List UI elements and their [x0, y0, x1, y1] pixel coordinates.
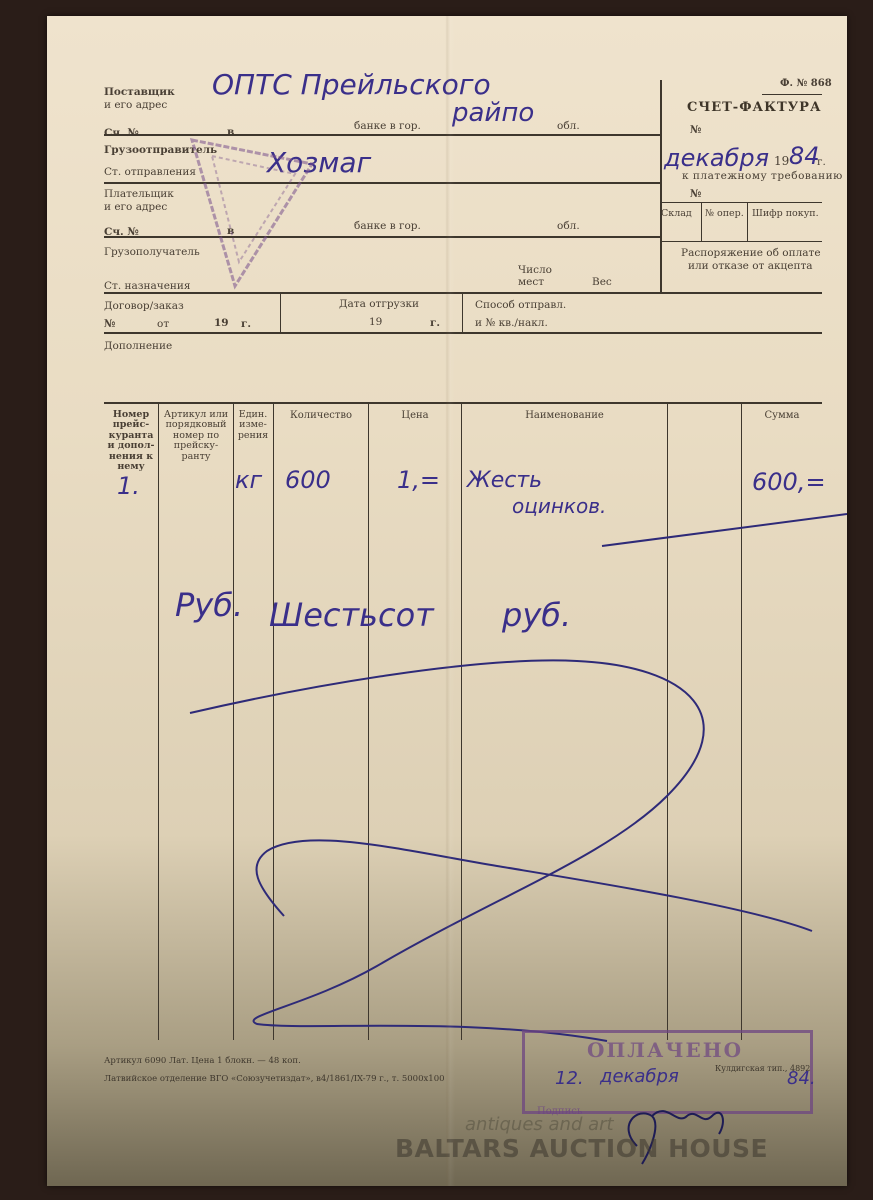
watermark-small: antiques and art [465, 1114, 614, 1135]
invoice-sheet: Ф. № 868 СЧЕТ-ФАКТУРА № 19 г. к платежно… [47, 16, 847, 1186]
watermark-large: BALTARS AUCTION HOUSE [395, 1134, 768, 1163]
paid-stamp-title: ОПЛАЧЕНО [587, 1038, 743, 1062]
footer-line1: Артикул 6090 Лат. Цена 1 блокн. — 48 коп… [104, 1056, 301, 1066]
paid-stamp-day: 12. [555, 1068, 584, 1089]
footer-line2: Латвийское отделение ВГО «Союзучетиздат»… [104, 1074, 445, 1084]
paid-stamp-month: декабря [600, 1066, 679, 1087]
print-shop: Кулдигская тип., 4892 [715, 1064, 810, 1074]
cancellation-scribble [47, 16, 847, 1186]
